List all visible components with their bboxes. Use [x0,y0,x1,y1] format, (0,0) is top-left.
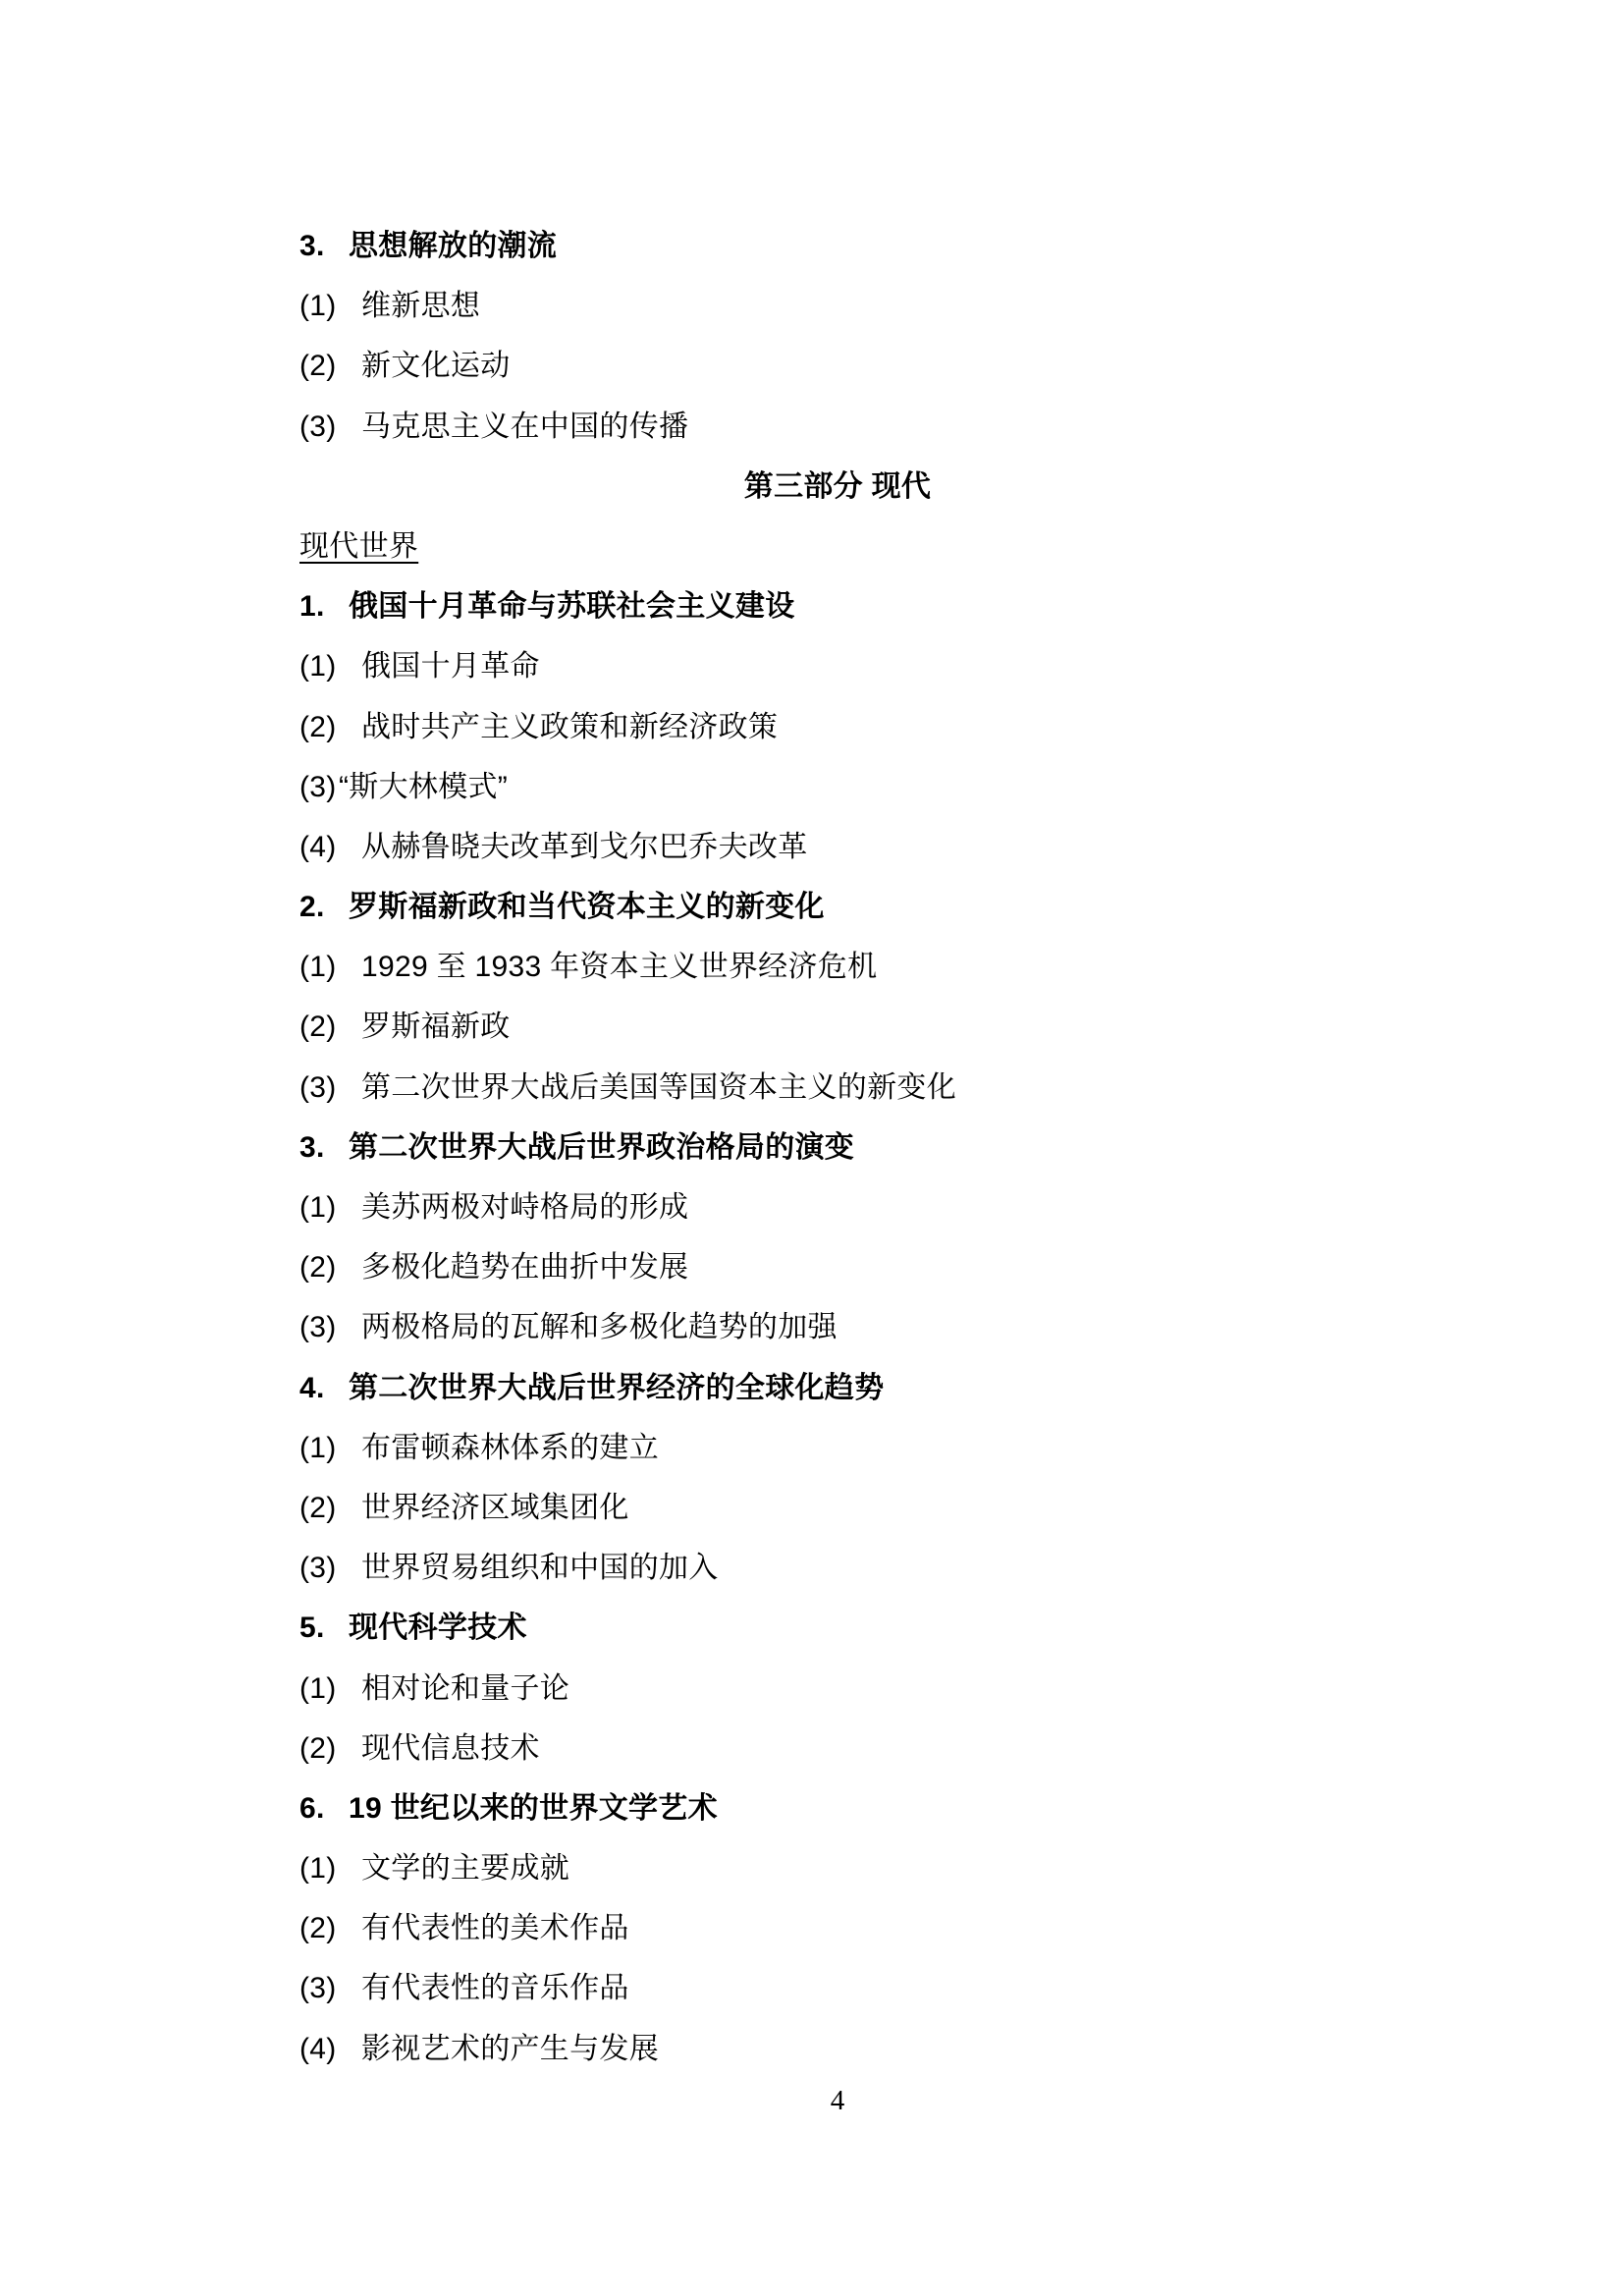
outline-item-line: (3)马克思主义在中国的传播 [299,397,1376,457]
item-marker: (3) [299,397,361,457]
outline-heading-line: 6.19 世纪以来的世界文学艺术 [299,1778,1376,1838]
line-text: 多极化趋势在曲折中发展 [361,1251,688,1284]
heading-number: 5. [299,1598,349,1658]
outline-heading-line: 4.第二次世界大战后世界经济的全球化趋势 [299,1358,1376,1418]
outline-heading-line: 5.现代科学技术 [299,1598,1376,1658]
item-marker: (3) [299,757,339,817]
line-text: 有代表性的美术作品 [361,1912,629,1944]
item-marker: (2) [299,1237,361,1297]
item-marker: (2) [299,1719,361,1778]
line-text: 俄国十月革命与苏联社会主义建设 [349,590,795,623]
outline-heading-line: 1.俄国十月革命与苏联社会主义建设 [299,576,1376,636]
outline-heading-line: 2.罗斯福新政和当代资本主义的新变化 [299,877,1376,937]
item-marker: (4) [299,817,361,877]
item-marker: (1) [299,1838,361,1898]
line-text: 世界贸易组织和中国的加入 [361,1552,719,1584]
outline-item-line: (3)两极格局的瓦解和多极化趋势的加强 [299,1297,1376,1357]
outline-item-line: (2)战时共产主义政策和新经济政策 [299,697,1376,757]
outline-item-line: (2)罗斯福新政 [299,997,1376,1057]
item-marker: (3) [299,1297,361,1357]
line-text: 美苏两极对峙格局的形成 [361,1191,688,1224]
subsection-title-line: 现代世界 [299,517,1376,576]
outline-item-line: (2)有代表性的美术作品 [299,1898,1376,1958]
line-text: 两极格局的瓦解和多极化趋势的加强 [361,1311,838,1343]
item-marker: (2) [299,997,361,1057]
outline-item-line: (1)1929 至 1933 年资本主义世界经济危机 [299,937,1376,997]
outline-item-line: (3)有代表性的音乐作品 [299,1958,1376,2018]
outline-item-line: (1)维新思想 [299,276,1376,336]
item-marker: (1) [299,276,361,336]
line-text: 战时共产主义政策和新经济政策 [361,711,778,743]
line-text: “斯大林模式” [339,771,508,803]
line-text: 第二次世界大战后世界经济的全球化趋势 [349,1372,884,1404]
outline-item-line: (3)世界贸易组织和中国的加入 [299,1538,1376,1598]
line-text: 影视艺术的产生与发展 [361,2033,659,2065]
item-marker: (1) [299,1659,361,1719]
item-marker: (1) [299,636,361,696]
outline-item-line: (4)影视艺术的产生与发展 [299,2019,1376,2079]
outline-item-line: (1)俄国十月革命 [299,636,1376,696]
line-text: 罗斯福新政 [361,1011,511,1043]
line-text: 维新思想 [361,290,480,322]
item-marker: (3) [299,1538,361,1598]
item-marker: (1) [299,1177,361,1237]
item-marker: (2) [299,1898,361,1958]
outline-item-line: (2)新文化运动 [299,336,1376,396]
item-marker: (3) [299,1058,361,1118]
line-text: 有代表性的音乐作品 [361,1972,629,2004]
outline-item-line: (1)文学的主要成就 [299,1838,1376,1898]
outline-item-line: (2)多极化趋势在曲折中发展 [299,1237,1376,1297]
outline-heading-line: 3.第二次世界大战后世界政治格局的演变 [299,1118,1376,1177]
page-footer: 4 [299,2084,1376,2117]
line-text: 世界经济区域集团化 [361,1492,629,1524]
outline-heading-line: 3.思想解放的潮流 [299,216,1376,276]
outline-item-line: (1)美苏两极对峙格局的形成 [299,1177,1376,1237]
line-text: 第三部分 现代 [744,470,931,503]
line-text: 马克思主义在中国的传播 [361,410,688,443]
line-text: 俄国十月革命 [361,650,540,683]
line-text: 19 世纪以来的世界文学艺术 [349,1792,718,1825]
item-marker: (2) [299,1478,361,1538]
line-text: 现代信息技术 [361,1732,540,1765]
heading-number: 3. [299,1118,349,1177]
section-title-line: 第三部分 现代 [299,457,1376,517]
outline-item-line: (3)“斯大林模式” [299,757,1376,817]
heading-number: 6. [299,1778,349,1838]
line-text: 布雷顿森林体系的建立 [361,1432,659,1464]
item-marker: (1) [299,1418,361,1478]
line-text: 新文化运动 [361,350,511,382]
outline-item-line: (2)世界经济区域集团化 [299,1478,1376,1538]
heading-number: 4. [299,1358,349,1418]
line-text: 现代科学技术 [349,1612,527,1644]
item-marker: (3) [299,1958,361,2018]
line-text: 从赫鲁晓夫改革到戈尔巴乔夫改革 [361,831,808,863]
heading-number: 1. [299,576,349,636]
line-text: 文学的主要成就 [361,1852,569,1885]
outline-item-line: (1)布雷顿森林体系的建立 [299,1418,1376,1478]
heading-number: 3. [299,216,349,276]
document-body: 3.思想解放的潮流(1)维新思想(2)新文化运动(3)马克思主义在中国的传播第三… [299,216,1376,2079]
line-text: 1929 至 1933 年资本主义世界经济危机 [361,951,877,983]
line-text: 第二次世界大战后美国等国资本主义的新变化 [361,1071,956,1104]
outline-item-line: (4)从赫鲁晓夫改革到戈尔巴乔夫改革 [299,817,1376,877]
outline-item-line: (3)第二次世界大战后美国等国资本主义的新变化 [299,1058,1376,1118]
item-marker: (2) [299,336,361,396]
item-marker: (4) [299,2019,361,2079]
line-text: 思想解放的潮流 [349,230,557,262]
outline-item-line: (2)现代信息技术 [299,1719,1376,1778]
line-text: 现代世界 [299,530,418,563]
document-page: 3.思想解放的潮流(1)维新思想(2)新文化运动(3)马克思主义在中国的传播第三… [0,0,1623,2296]
heading-number: 2. [299,877,349,937]
item-marker: (2) [299,697,361,757]
page-number: 4 [831,2085,845,2116]
outline-item-line: (1)相对论和量子论 [299,1659,1376,1719]
line-text: 第二次世界大战后世界政治格局的演变 [349,1131,854,1164]
item-marker: (1) [299,937,361,997]
line-text: 相对论和量子论 [361,1672,569,1705]
line-text: 罗斯福新政和当代资本主义的新变化 [349,891,825,923]
